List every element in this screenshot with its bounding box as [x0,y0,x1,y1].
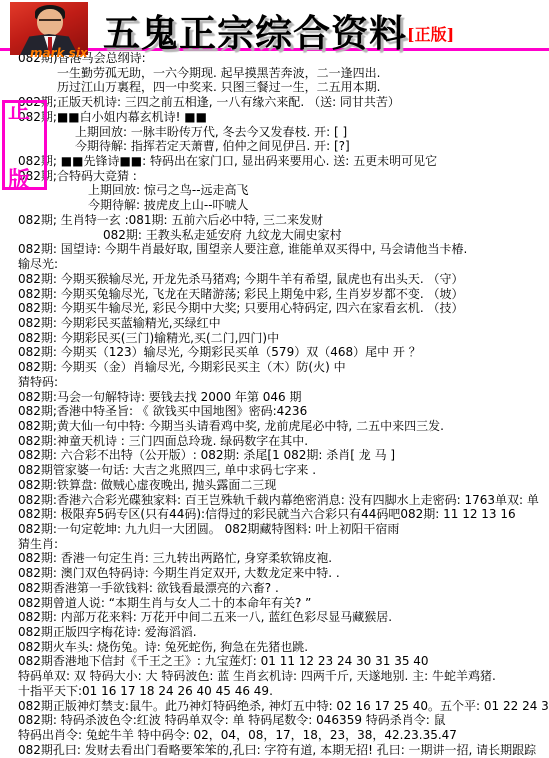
doc-line: 今期待解: 指挥若定天萧曹, 伯仲之间见伊吕. 开: [?] [18,139,549,154]
mark-six-watermark: mark six [30,46,88,60]
doc-line: 082期香港地下信封《千王之王》: 九宝莲灯: 01 11 12 23 24 3… [18,654,549,669]
doc-line: 082期正版四字梅花诗: 爱海滔滔. [18,625,549,640]
doc-line: 今期待解: 披虎皮上山--吓唬人 [18,198,549,213]
doc-line: 082期: 特码杀波色令:红波 特码单双令: 单 特码尾数令: 046359 特… [18,713,549,728]
doc-line: 输尽光: [18,257,549,272]
doc-line: 082期火车头: 烧伤兔。诗: 兔死蛇伤, 狗急在先猪也跳. [18,640,549,655]
doc-line: 082期:马会一句解特诗: 要钱去找 2000 年第 046 期 [18,390,549,405]
page-title-text: 五鬼正宗综合资料 [103,11,407,55]
document-body: 082期)香港马会总纲诗:一生勤劳孤无助，一六今期现. 起早摸黑苦奔波，二一逢四… [18,51,549,758]
doc-line: 082期: 今期彩民买蓝输精光,买绿红中 [18,316,549,331]
doc-line: 082期孔曰: 发财去看出门看略要笨笨的,孔曰: 字符有道, 本期无招! 孔曰:… [18,743,549,758]
doc-line: 082期:神童天机诗 : 三门四面总玲珑. 绿码数字在其中. [18,434,549,449]
doc-line: 082期: 今期彩民买(三门)输精光,买(二门,四门)中 [18,331,549,346]
doc-line: 十指平天下:01 16 17 18 24 26 40 45 46 49. [18,684,549,699]
edition-tag: [正版] [407,25,454,44]
doc-line: 082期: 今期买（123）输尽光, 今期彩民买单（579）双（468）尾中 开… [18,345,549,360]
doc-line: 082期管家婆一句话: 大吉之兆照四三, 单中求码七字来 . [18,463,549,478]
doc-line: 082期: 内部万花来料: 万花开中间二五来一八, 蓝红色彩尽显马藏猴居. [18,610,549,625]
doc-line: 082期; ■■先锋诗■■: 特码出在家门口, 显出码来要用心. 送: 五更未明… [18,154,549,169]
doc-line: 082期:铁算盘: 做贼心虚夜晚出, 抛头露面二三现 [18,478,549,493]
doc-line: 特码出肖令: 兔蛇牛羊 特中码令: 02，04，08，17，18，23，38，4… [18,728,549,743]
doc-line: 082期;正版天机诗: 三四之前五相逢, 一八有缘六来配. （送: 同甘共苦） [18,95,549,110]
doc-line: 上期回放: 惊弓之鸟--远走高飞 [18,183,549,198]
photo-glasses [39,19,61,25]
doc-line: 082期;合特码大竞猜 : [18,169,549,184]
doc-line: 082期香港第一手欲钱料: 欲钱看最漂亮的六畜? . [18,581,549,596]
doc-line: 082期: 六合彩不出特（公开版）: 082期: 杀尾[1 082期: 杀肖[ … [18,448,549,463]
doc-line: 082期: 澳门双色特码诗: 今期生肖定双开, 大数龙定来中特. . [18,566,549,581]
doc-line: 082期;黄大仙一句中特: 今期当头请看鸡中奖, 龙前虎尾必中特, 二五中来四三… [18,419,549,434]
doc-line: 082期)香港马会总纲诗: [18,51,549,66]
doc-line: 猜特码: [18,375,549,390]
doc-line: 082期: 今期买牛输尽光, 彩民今期中大奖; 只要用心特码定, 四六在家看玄机… [18,301,549,316]
doc-line: 082期: 今期买（金）肖输尽光, 今期彩民买主（木）防(火) 中 [18,360,549,375]
doc-line: 082期: 今期买兔输尽光, 飞龙在天睹游荡; 彩民上期兔中彩, 生肖岁岁都不变… [18,287,549,302]
doc-line: 082期; 生肖特一玄 :081期: 五前六后必中特, 三二来发财 [18,213,549,228]
doc-line: 082期曾道人说: “本期生肖与女人二十的本命年有关? ” [18,596,549,611]
doc-line: 082期: 极限弃5码专区(只有44码):信得过的彩民就当六合彩只有44码吧08… [18,507,549,522]
doc-line: 上期回放: 一脉丰盼传万代, 冬去今又发春枝. 开: [ ] [18,125,549,140]
doc-line: 082期:一句定乾坤: 九九归一大团圆。 082期藏特图料: 叶上初阳干宿雨 [18,522,549,537]
doc-line: 082期: 今期买猴输尽光, 开龙先杀马猪鸡; 今期牛羊有希望, 鼠虎也有出头天… [18,272,549,287]
tipsheet-page: 五鬼正宗综合资料[正版] mark six 正 版 082期)香港马会总纲诗:一… [0,0,549,758]
page-title: 五鬼正宗综合资料[正版] [103,3,454,57]
doc-line: 082期: 香港一句定生肖: 三九转出两路忙, 身穿柔软锦皮袍. [18,551,549,566]
doc-line: 一生勤劳孤无助，一六今期现. 起早摸黑苦奔波，二一逢四出. [18,66,549,81]
doc-line: 082期;香港中特圣旨: 《 欲钱买中国地图》密码:4236 [18,404,549,419]
doc-line: 082期: 王教头私走延安府 九纹龙大闹史家村 [18,228,549,243]
doc-line: 082期: 国望诗: 今期牛肖最好取, 围望亲人要注意, 谁能单双买得中, 马会… [18,242,549,257]
doc-line: 猜生肖: [18,537,549,552]
doc-line: 082期:香港六合彩光碟独家料: 百王岂殊轨千载内幕绝密消息: 没有四脚水上走密… [18,493,549,508]
doc-line: 特码单双: 双 特码大小: 大 特码波色: 蓝 生肖玄机诗: 四两千斤, 天遂地… [18,669,549,684]
doc-line: 历过江山万裏程，四一中奖来. 只图三餐过一生，二五用本期. [18,80,549,95]
doc-line: 082期正版神灯禁支:鼠牛。此乃神灯特码绝杀, 神灯五中特: 02 16 17 … [18,699,549,714]
doc-line: 082期;■■白小姐内幕玄机诗! ■■ [18,110,549,125]
